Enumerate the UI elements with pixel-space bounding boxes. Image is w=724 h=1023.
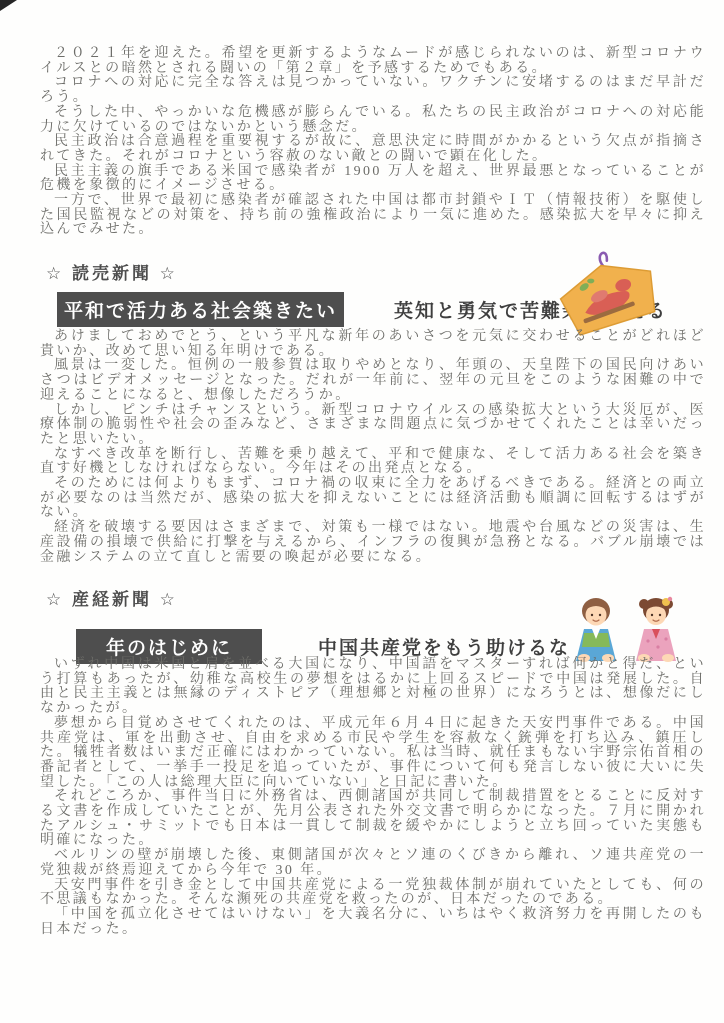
intro-paragraph: そうした中、やっかいな危機感が膨らんでいる。私たちの民主政治がコロナへの対応能力… [40, 106, 706, 135]
yomiuri-paragraph: 経済を破壊する要因はさまざまで、対策も一様ではない。地震や台風などの災害は、生産… [40, 521, 706, 565]
sankei-paragraph: 夢想から目覚めさせてくれたのは、平成元年６月４日に起きた天安門事件である。中国共… [40, 717, 706, 791]
sankei-paragraph: いずれ中国は米国と肩を並べる大国になり、中国語をマスターすれば何かと得だ、という… [40, 658, 706, 717]
yomiuri-paragraph: しかし、ピンチはチャンスという。新型コロナウイルスの感染拡大という大災厄が、医療… [40, 404, 706, 448]
yomiuri-paragraph: なすべき改革を断行し、苦難を乗り越えて、平和で健康な、そして活力ある社会を築き直… [40, 448, 706, 477]
intro-text-block: ２０２１年を迎えた。希望を更新するようなムードが感じられないのは、新型コロナウイ… [40, 47, 706, 238]
yomiuri-text-block: あけましておめでとう、という平凡な新年のあいさつを元気に交わせることがどれほど貴… [40, 330, 706, 565]
sankei-paragraph: それどころか、事件当日に外務省は、西側諸国が共同して制裁措置をとることに反対する… [40, 790, 706, 849]
sankei-paragraph: 「中国を孤立化させてはいけない」を大義名分に、いちはやく救済努力を再開したのも日… [40, 908, 706, 937]
intro-paragraph: 一方で、世界で最初に感染者が確認された中国は都市封鎖やＩＴ（情報技術）を駆使した… [40, 194, 706, 238]
intro-paragraph: 民主主義の旗手である米国で感染者が 1900 万人を超え、世界最悪となっているこ… [40, 165, 706, 194]
ema-votive-tablet-icon [543, 248, 671, 336]
yomiuri-paragraph: 風景は一変した。恒例の一般参賀は取りやめとなり、年頭の、天皇陛下の国民向けあいさ… [40, 359, 706, 403]
section-header-sankei: ☆ 産経新聞 ☆ [46, 585, 178, 610]
yomiuri-paragraph: あけましておめでとう、という平凡な新年のあいさつを元気に交わせることがどれほど貴… [40, 330, 706, 359]
sankei-paragraph: ベルリンの壁が崩壊した後、東側諸国が次々とソ連のくびきから離れ、ソ連共産党の一党… [40, 849, 706, 878]
girl-in-kimono [636, 597, 676, 662]
boy-in-kimono [576, 598, 616, 662]
scan-corner-artifact [0, 0, 17, 11]
sankei-paragraph: 天安門事件を引き金として中国共産党による一党独裁体制が崩れていたとしても、何の不… [40, 879, 706, 908]
sankei-text-block: いずれ中国は米国と肩を並べる大国になり、中国語をマスターすれば何かと得だ、という… [40, 658, 706, 937]
scanned-newspaper-editorial-page: ２０２１年を迎えた。希望を更新するようなムードが感じられないのは、新型コロナウイ… [0, 0, 724, 1023]
section-header-yomiuri: ☆ 読売新聞 ☆ [46, 259, 178, 284]
intro-paragraph: コロナへの対応に完全な答えは見つかっていない。ワクチンに安堵するのはまだ早計だろ… [40, 76, 706, 105]
sankei-plain-headline: 中国共産党をもう助けるな [318, 633, 570, 660]
yomiuri-paragraph: そのためには何よりもまず、コロナ禍の収束に全力をあげるべきである。経済との両立が… [40, 477, 706, 521]
intro-paragraph: 民主政治は合意過程を重要視するが故に、意思決定に時間がかかるという欠点が指摘され… [40, 135, 706, 164]
yomiuri-boxed-headline: 平和で活力ある社会築きたい [57, 292, 344, 327]
intro-paragraph: ２０２１年を迎えた。希望を更新するようなムードが感じられないのは、新型コロナウイ… [40, 47, 706, 76]
